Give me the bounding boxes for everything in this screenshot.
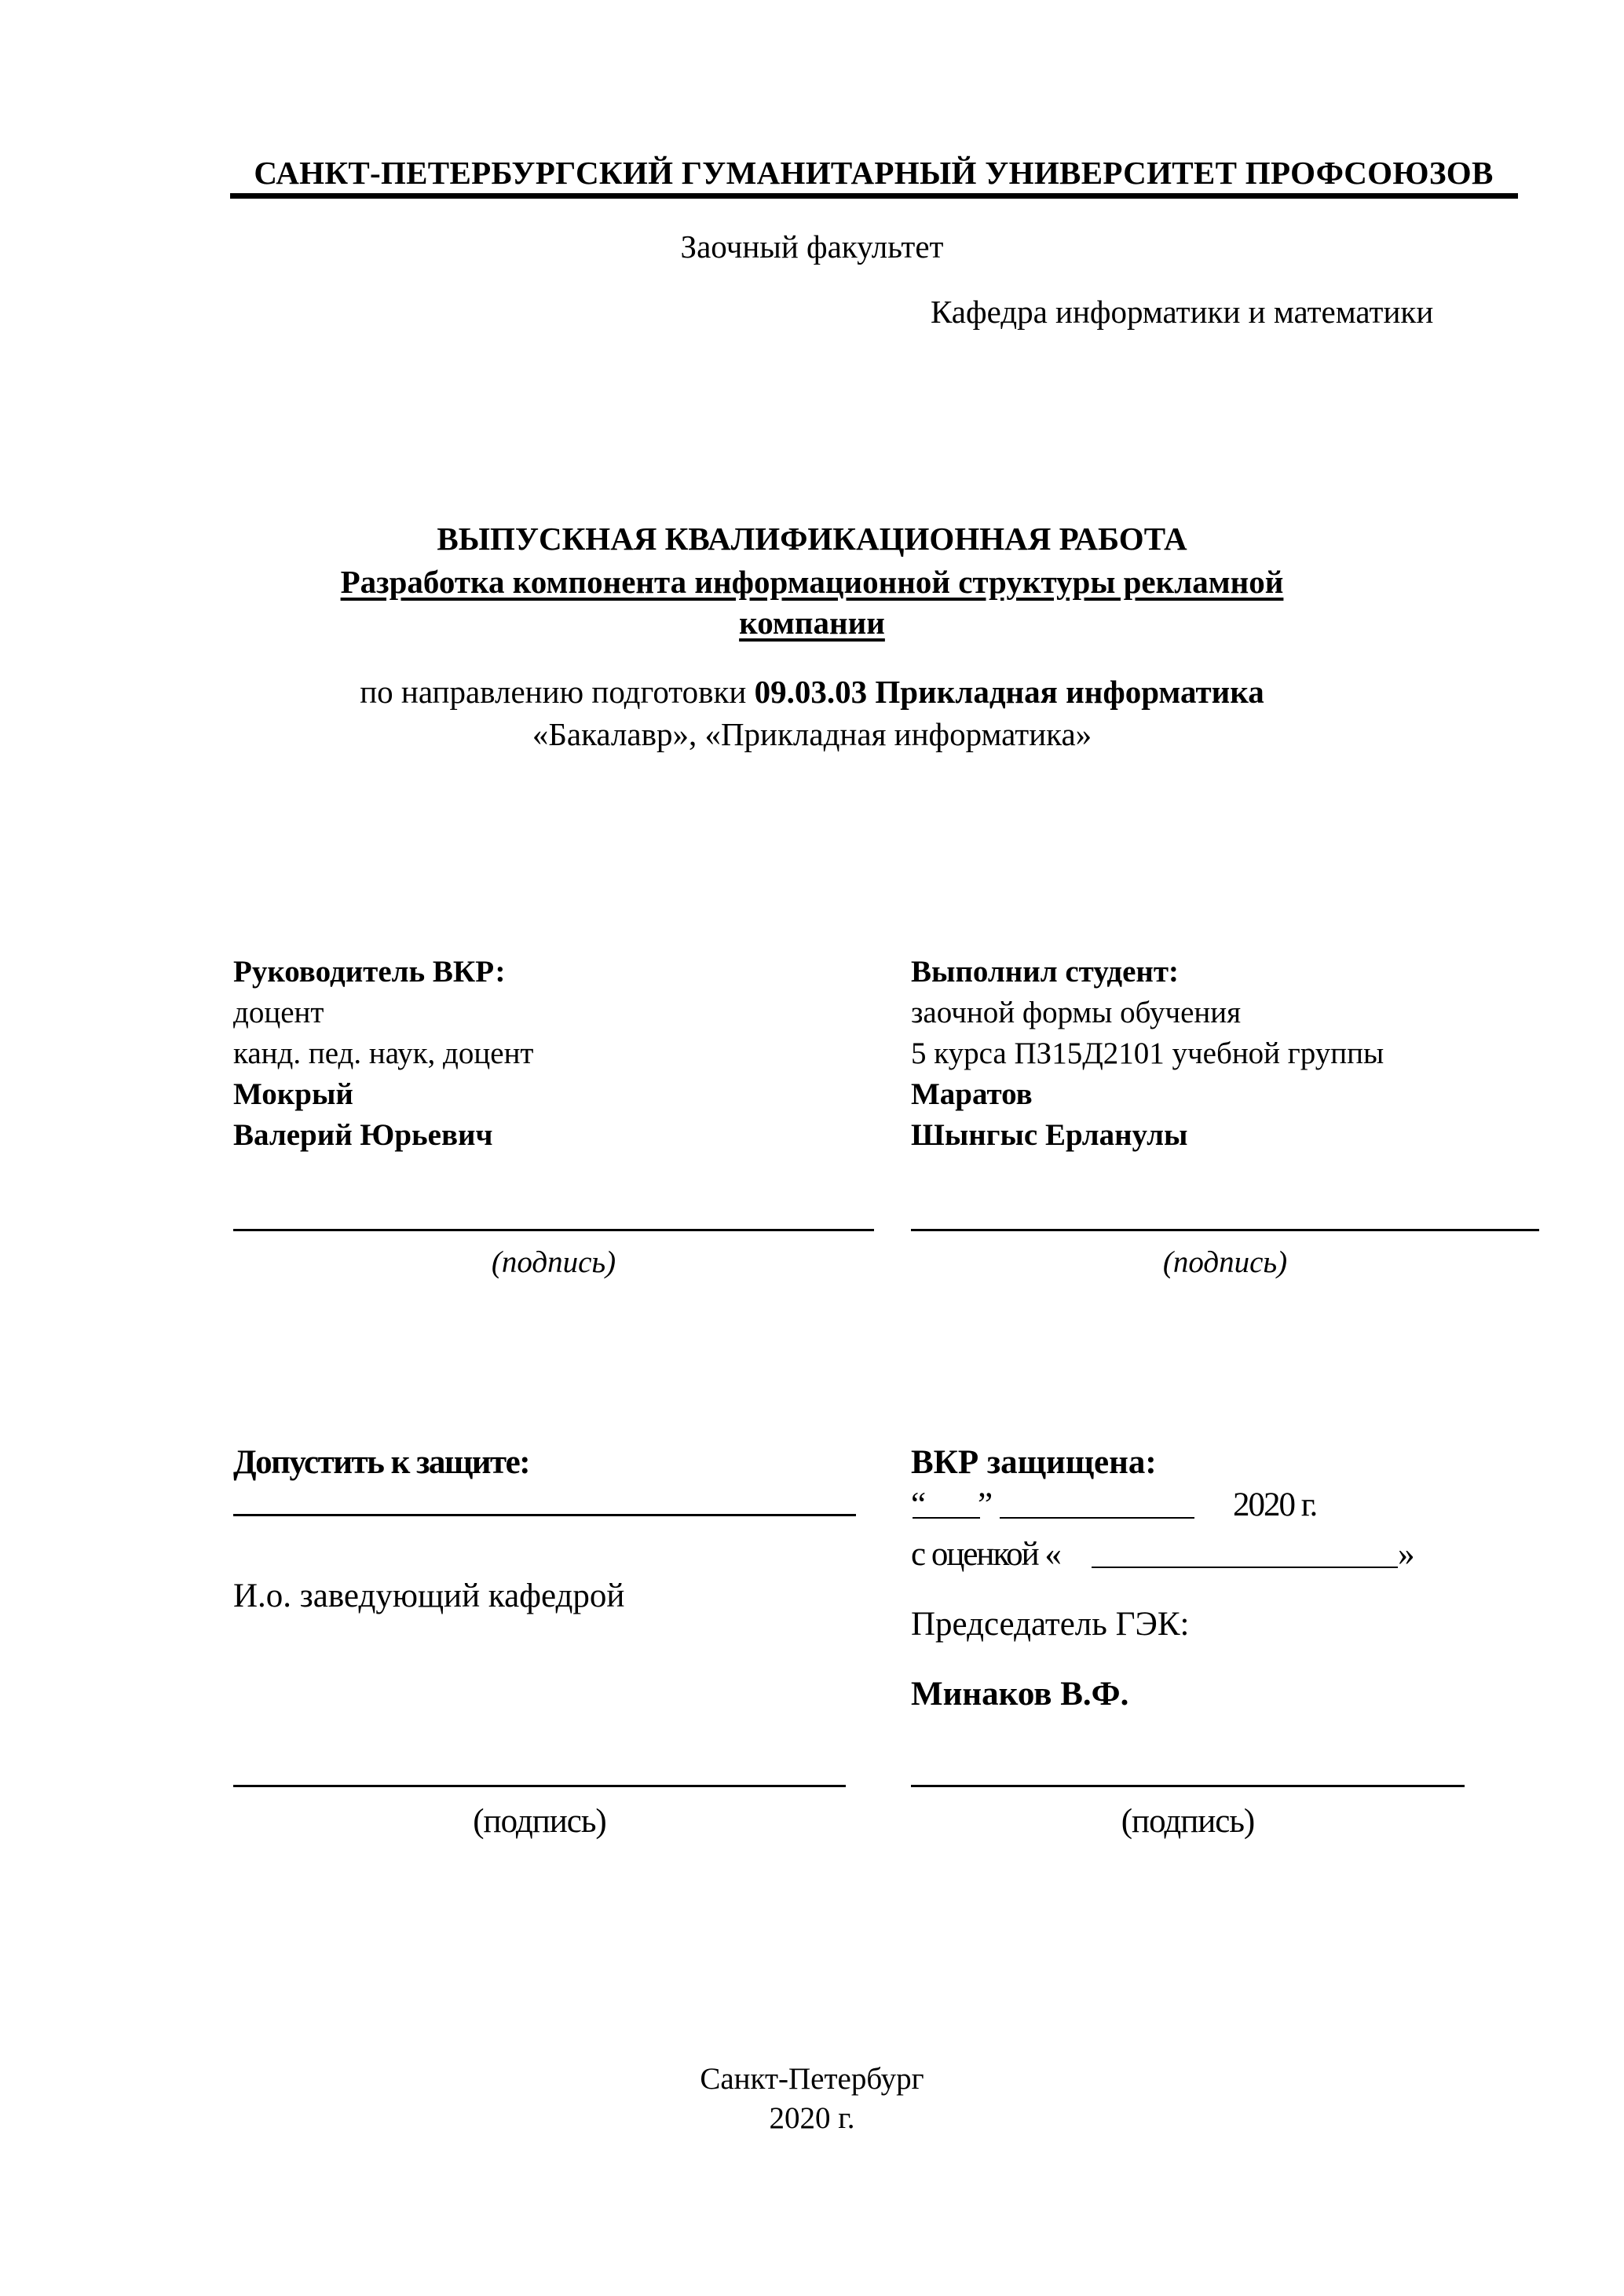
gek-signature-caption: (подпись): [911, 1802, 1465, 1841]
supervisor-signature-caption: (подпись): [233, 1245, 874, 1280]
profile-line: «Бакалавр», «Прикладная информатика»: [0, 715, 1624, 753]
student-given-names: Шынгыс Ерланулы: [911, 1115, 1384, 1156]
university-name: САНКТ-ПЕТЕРБУРГСКИЙ ГУМАНИТАРНЫЙ УНИВЕРС…: [232, 154, 1516, 192]
work-type-heading: ВЫПУСКНАЯ КВАЛИФИКАЦИОННАЯ РАБОТА: [0, 520, 1624, 558]
supervisor-position: доцент: [233, 993, 533, 1033]
footer-year: 2020 г.: [0, 2100, 1624, 2136]
admission-role: И.о. заведующий кафедрой: [233, 1577, 624, 1615]
gek-signature-line[interactable]: [911, 1785, 1465, 1787]
grade-label: с оценкой «: [911, 1535, 1060, 1574]
supervisor-signature-line[interactable]: [233, 1229, 874, 1231]
supervisor-block: Руководитель ВКР: доцент канд. пед. наук…: [233, 952, 533, 1156]
supervisor-degree: канд. пед. наук, доцент: [233, 1033, 533, 1074]
admission-signature-line[interactable]: [233, 1785, 846, 1787]
grade-close-quote: »: [1398, 1535, 1415, 1574]
supervisor-heading: Руководитель ВКР:: [233, 952, 533, 993]
footer-city: Санкт-Петербург: [0, 2061, 1624, 2097]
defense-year: 2020 г.: [1233, 1486, 1316, 1524]
defense-heading: ВКР защищена:: [911, 1443, 1157, 1482]
student-signature-line[interactable]: [911, 1229, 1539, 1231]
day-field[interactable]: [913, 1517, 980, 1519]
header-rule: [230, 193, 1518, 199]
month-field[interactable]: [1000, 1517, 1194, 1519]
direction-line: по направлению подготовки 09.03.03 Прикл…: [0, 673, 1624, 711]
supervisor-surname: Мокрый: [233, 1074, 533, 1115]
gek-chair-name: Минаков В.Ф.: [911, 1675, 1128, 1713]
work-title-text: Разработка компонента информационной стр…: [341, 564, 1284, 641]
admission-signature-caption: (подпись): [233, 1802, 846, 1841]
supervisor-given-names: Валерий Юрьевич: [233, 1115, 533, 1156]
direction-code: 09.03.03 Прикладная информатика: [755, 674, 1264, 710]
student-heading: Выполнил студент:: [911, 952, 1384, 993]
work-title: Разработка компонента информационной стр…: [298, 561, 1326, 643]
gek-chair-label: Председатель ГЭК:: [911, 1605, 1190, 1643]
grade-field[interactable]: [1092, 1567, 1398, 1568]
admission-heading: Допустить к защите:: [233, 1443, 529, 1482]
student-study-form: заочной формы обучения: [911, 993, 1384, 1033]
student-course-group: 5 курса ПЗ15Д2101 учебной группы: [911, 1033, 1384, 1074]
department-name: Кафедра информатики и математики: [931, 293, 1433, 331]
direction-prefix: по направлению подготовки: [360, 674, 754, 710]
student-surname: Маратов: [911, 1074, 1384, 1115]
date-close-quote: ”: [978, 1486, 993, 1524]
admission-line[interactable]: [233, 1514, 856, 1516]
faculty-name: Заочный факультет: [0, 228, 1624, 265]
student-block: Выполнил студент: заочной формы обучения…: [911, 952, 1384, 1156]
student-signature-caption: (подпись): [911, 1245, 1539, 1280]
